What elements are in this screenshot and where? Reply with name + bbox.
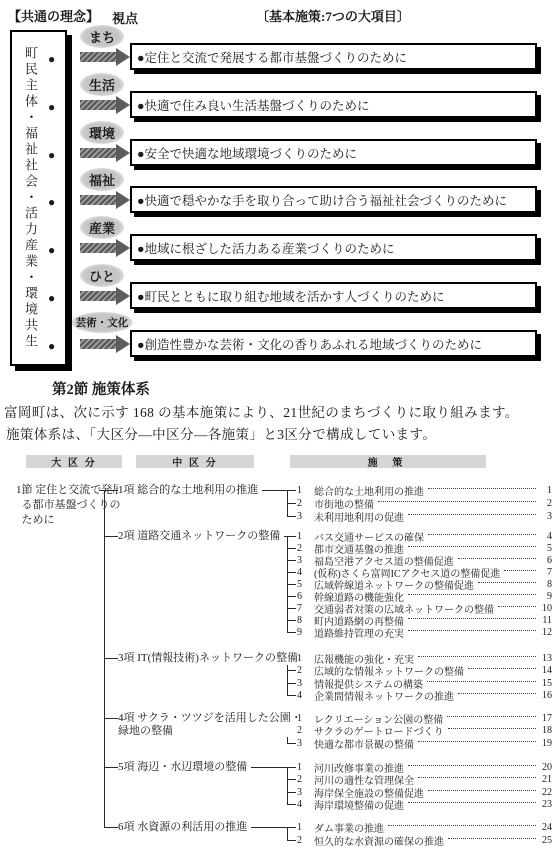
- measure-group-line: [287, 767, 288, 805]
- measure-text: 恒久的な水資源の確保の推進: [314, 833, 444, 848]
- measure-row: 2市街地の整備2: [297, 497, 552, 509]
- dot-leader: [418, 656, 536, 657]
- dot-leader: [408, 765, 536, 766]
- dot-leader: [447, 716, 536, 717]
- arrow-icon: [116, 191, 130, 209]
- measure-tick-line: [287, 620, 296, 621]
- measure-tick-line: [287, 536, 296, 537]
- middle-division-3項: 3項 IT(情報技術)ネットワークの整備: [118, 652, 302, 665]
- measure-tick-line: [287, 584, 296, 585]
- column-header-measures: 施 策: [290, 455, 486, 468]
- measure-number: 2: [297, 774, 309, 785]
- measure-number: 2: [297, 543, 309, 554]
- measure-page-number: 16: [538, 690, 552, 701]
- dot-leader: [388, 825, 536, 826]
- measure-row: 2恒久的な水資源の確保の推進25: [297, 834, 552, 846]
- measure-page-number: 13: [538, 653, 552, 664]
- dot-leader: [408, 618, 536, 619]
- arrow-icon: [80, 52, 116, 62]
- dot-leader: [448, 838, 536, 839]
- measure-text: 海岸環境整備の促進: [314, 797, 404, 812]
- dot-leader: [448, 728, 536, 729]
- measure-page-number: 21: [538, 774, 552, 785]
- measure-page-number: 22: [538, 787, 552, 798]
- measure-text: 未利用地利用の促進: [314, 509, 404, 524]
- measure-number: 7: [297, 603, 309, 614]
- measure-page-number: 5: [538, 543, 552, 554]
- philosophy-bullet: ●: [48, 339, 55, 353]
- measure-tick-line: [287, 490, 296, 491]
- middle-division-6項: 6項 水資源の利活用の推進: [118, 821, 251, 834]
- middle-division-5項: 5項 海辺・水辺環境の整備: [118, 761, 251, 774]
- measure-tick-line: [287, 840, 296, 841]
- dot-leader: [504, 570, 536, 571]
- middle-division-2項: 2項 道路交通ネットワークの整備: [118, 530, 284, 543]
- measure-text: 快適な都市景観の整備: [314, 736, 414, 751]
- column-header-middle-division: 中 区 分: [136, 455, 254, 468]
- measure-page-number: 3: [538, 511, 552, 522]
- measure-page-number: 25: [538, 835, 552, 846]
- measure-number: 2: [297, 498, 309, 509]
- measure-text: 企業間情報ネットワークの推進: [314, 688, 454, 703]
- measure-page-number: 18: [538, 725, 552, 736]
- measure-page-number: 1: [538, 485, 552, 496]
- document-page: 【共通の理念】 視点 〔基本施策:7つの大項目〕 町民主体・福祉社会・活力産業・…: [0, 0, 555, 849]
- viewpoint-label-1: まち: [80, 25, 124, 48]
- dot-leader: [428, 534, 536, 535]
- measure-number: 4: [297, 567, 309, 578]
- viewpoint-label-5: 産業: [80, 216, 124, 239]
- arrow-icon: [80, 195, 116, 205]
- measure-row: 2河川の適性な管理保全21: [297, 773, 552, 785]
- dot-leader: [408, 546, 536, 547]
- measure-group-line: [287, 827, 288, 841]
- measure-number: 8: [297, 615, 309, 626]
- dot-leader: [408, 514, 536, 515]
- measure-number: 2: [297, 835, 309, 846]
- measure-row: 4企業間情報ネットワークの推進16: [297, 689, 552, 701]
- policy-box-7: ●創造性豊かな芸術・文化の香りあふれる地域づくりのために: [130, 330, 537, 357]
- measure-tick-line: [287, 804, 296, 805]
- measure-row: 3未利用地利用の促進3: [297, 510, 552, 522]
- policy-box-6: ●町民とともに取り組む地域を活かす人づくりのために: [130, 282, 537, 309]
- measure-page-number: 23: [538, 799, 552, 810]
- measure-number: 1: [297, 531, 309, 542]
- measure-page-number: 10: [538, 603, 552, 614]
- measure-number: 2: [297, 725, 309, 736]
- policy-box-4: ●快適で穏やかな手を取り合って助け合う福祉社会づくりのために: [130, 186, 537, 213]
- measure-page-number: 4: [538, 531, 552, 542]
- arrow-icon: [80, 148, 116, 158]
- viewpoint-label-2: 生活: [80, 73, 124, 96]
- measure-tick-line: [287, 503, 296, 504]
- basic-policy-heading: 〔基本施策:7つの大項目〕: [256, 6, 410, 25]
- arrow-icon: [116, 96, 130, 114]
- measure-number: 3: [297, 738, 309, 749]
- measure-tick-line: [287, 779, 296, 780]
- measure-page-number: 7: [538, 567, 552, 578]
- measure-page-number: 2: [538, 498, 552, 509]
- measure-page-number: 11: [538, 615, 552, 626]
- arrow-icon: [116, 144, 130, 162]
- arrow-icon: [80, 291, 116, 301]
- measure-number: 3: [297, 511, 309, 522]
- measure-page-number: 17: [538, 713, 552, 724]
- measure-tick-line: [287, 670, 296, 671]
- arrow-icon: [80, 100, 116, 110]
- philosophy-bullet: ●: [48, 148, 55, 162]
- dot-leader: [458, 558, 536, 559]
- measure-number: 4: [297, 690, 309, 701]
- dot-leader: [458, 693, 536, 694]
- dot-leader: [498, 606, 536, 607]
- arrow-icon: [116, 48, 130, 66]
- arrow-icon: [116, 335, 130, 353]
- middle-division-1項: 1項 総合的な土地利用の推進: [118, 484, 262, 497]
- measure-number: 3: [297, 678, 309, 689]
- arrow-icon: [80, 339, 116, 349]
- paragraph-line-1: 富岡町は、次に示す 168 の基本施策により、21世紀のまちづくりに取り組みます…: [4, 401, 519, 421]
- philosophy-box: 町民主体・福祉社会・活力産業・環境共生 ●●●●●●●: [10, 30, 67, 366]
- measure-page-number: 14: [538, 665, 552, 676]
- measure-number: 1: [297, 485, 309, 496]
- dot-leader: [428, 790, 536, 791]
- measure-tick-line: [287, 792, 296, 793]
- measure-row: 4海岸環境整備の促進23: [297, 798, 552, 810]
- measure-page-number: 9: [538, 591, 552, 602]
- policy-box-5: ●地域に根ざした活力ある産業づくりのために: [130, 234, 537, 261]
- viewpoint-label-6: ひと: [80, 264, 124, 287]
- policy-box-1: ●定住と交流で発展する都市基盤づくりのために: [130, 43, 537, 70]
- measure-page-number: 24: [538, 822, 552, 833]
- dot-leader: [408, 630, 536, 631]
- measure-number: 1: [297, 762, 309, 773]
- measure-tick-line: [287, 560, 296, 561]
- dot-leader: [418, 777, 536, 778]
- measure-number: 3: [297, 787, 309, 798]
- measure-tick-line: [287, 596, 296, 597]
- measure-tick-line: [287, 743, 296, 744]
- measure-number: 9: [297, 627, 309, 638]
- measure-tick-line: [287, 767, 296, 768]
- viewpoint-label-4: 福祉: [80, 168, 124, 191]
- measure-number: 3: [297, 555, 309, 566]
- measure-number: 1: [297, 713, 309, 724]
- measure-row: 2広域的な情報ネットワークの整備14: [297, 664, 552, 676]
- measure-tick-line: [287, 683, 296, 684]
- measure-page-number: 15: [538, 678, 552, 689]
- measure-row: 2サクラのゲートロードづくり18: [297, 724, 552, 736]
- philosophy-bullet: ●: [48, 195, 55, 209]
- policy-box-3: ●安全で快適な地域環境づくりのために: [130, 139, 537, 166]
- measure-tick-line: [287, 695, 296, 696]
- measure-page-number: 12: [538, 627, 552, 638]
- measure-number: 1: [297, 653, 309, 664]
- measure-number: 4: [297, 799, 309, 810]
- dot-leader: [427, 681, 536, 682]
- measure-number: 2: [297, 665, 309, 676]
- arrow-icon: [116, 239, 130, 257]
- middle-division-4項: 4項 サクラ・ツツジを活用した公園・緑地の整備: [118, 712, 310, 737]
- measure-row: 3快適な都市景観の整備19: [297, 737, 552, 749]
- measure-number: 5: [297, 579, 309, 590]
- column-header-major-division: 大 区 分: [26, 455, 122, 468]
- policy-box-2: ●快適で住み良い生活基盤づくりのために: [130, 91, 537, 118]
- viewpoint-label-7: 芸術・文化: [72, 312, 133, 333]
- dot-leader: [468, 668, 536, 669]
- dot-leader: [428, 488, 536, 489]
- measure-text: 道路維持管理の充実: [314, 625, 404, 640]
- measure-page-number: 19: [538, 738, 552, 749]
- measure-tick-line: [287, 548, 296, 549]
- dot-leader: [478, 582, 536, 583]
- philosophy-bullet: ●: [48, 100, 55, 114]
- philosophy-vertical-text: 町民主体・福祉社会・活力産業・環境共生: [21, 46, 40, 350]
- tree-trunk-line: [104, 490, 105, 828]
- measure-tick-line: [287, 827, 296, 828]
- philosophy-bullet: ●: [48, 52, 55, 66]
- viewpoint-heading: 視点: [112, 8, 138, 27]
- dot-leader: [418, 741, 536, 742]
- measure-page-number: 8: [538, 579, 552, 590]
- measure-tick-line: [287, 632, 296, 633]
- section-title: 第2節 施策体系: [52, 378, 150, 399]
- measure-row: 1総合的な土地利用の推進1: [297, 484, 552, 496]
- measure-number: 6: [297, 591, 309, 602]
- measure-row: 9道路維持管理の充実12: [297, 626, 552, 638]
- viewpoint-label-3: 環境: [80, 121, 124, 144]
- dot-leader: [408, 802, 536, 803]
- arrow-icon: [80, 243, 116, 253]
- measure-tick-line: [287, 572, 296, 573]
- measure-page-number: 6: [538, 555, 552, 566]
- dot-leader: [408, 594, 536, 595]
- common-philosophy-heading: 【共通の理念】: [8, 6, 99, 25]
- paragraph-line-2: 施策体系は、「大区分―中区分―各施策」と3区分で構成しています。: [6, 423, 436, 443]
- dot-leader: [378, 501, 536, 502]
- measure-tick-line: [287, 608, 296, 609]
- philosophy-bullet: ●: [48, 243, 55, 257]
- measure-row: 1ダム事業の推進24: [297, 821, 552, 833]
- measure-page-number: 20: [538, 762, 552, 773]
- arrow-icon: [116, 287, 130, 305]
- philosophy-bullet: ●: [48, 291, 55, 305]
- measure-tick-line: [287, 516, 296, 517]
- measure-number: 1: [297, 822, 309, 833]
